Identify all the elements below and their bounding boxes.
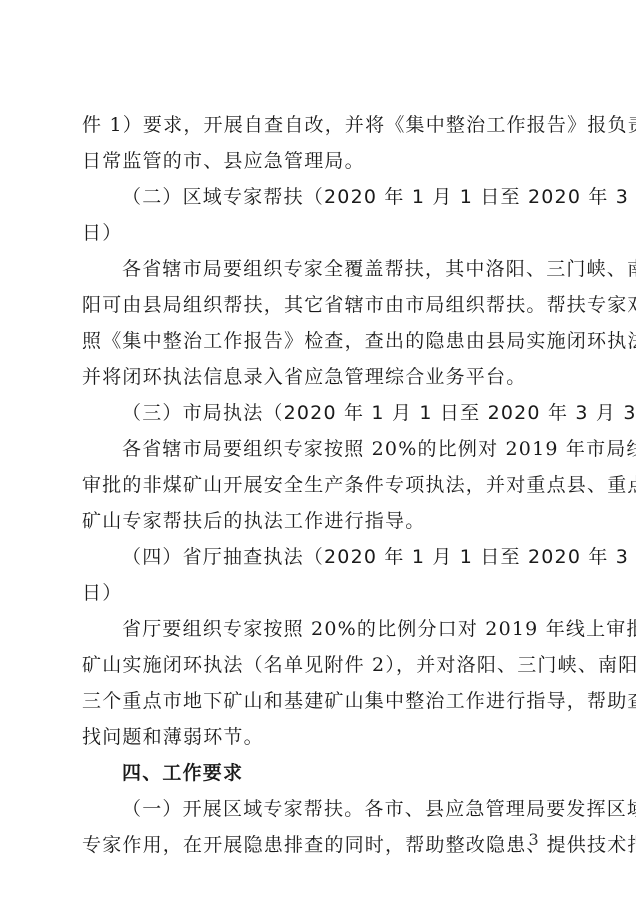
text-line: 三个重点市地下矿山和基建矿山集中整治工作进行指导，帮助查 xyxy=(82,689,558,713)
text-line: 找问题和薄弱环节。 xyxy=(82,725,558,749)
text-line: 审批的非煤矿山开展安全生产条件专项执法，并对重点县、重点 xyxy=(82,473,558,497)
chapter-heading: 四、工作要求 xyxy=(122,761,558,785)
text-line: 日常监管的市、县应急管理局。 xyxy=(82,149,558,173)
page-number: - 3 - xyxy=(512,830,558,849)
text-line: 照《集中整治工作报告》检查，查出的隐患由县局实施闭环执法， xyxy=(82,329,558,353)
text-line: 矿山实施闭环执法（名单见附件 2），并对洛阳、三门峡、南阳 xyxy=(82,653,558,677)
document-page: 件 1）要求，开展自查自改，并将《集中整治工作报告》报负责 日常监管的市、县应急… xyxy=(0,0,636,900)
text-line: 各省辖市局要组织专家按照 20%的比例对 2019 年市局线上 xyxy=(122,437,558,461)
text-line: 各省辖市局要组织专家全覆盖帮扶，其中洛阳、三门峡、南 xyxy=(122,257,558,281)
section-heading-4-cont: 日） xyxy=(82,581,558,605)
text-line: 件 1）要求，开展自查自改，并将《集中整治工作报告》报负责 xyxy=(82,113,558,137)
text-line: 并将闭环执法信息录入省应急管理综合业务平台。 xyxy=(82,365,558,389)
section-heading-2-cont: 日） xyxy=(82,221,558,245)
section-heading-4: （四）省厅抽查执法（2020 年 1 月 1 日至 2020 年 3 月 31 xyxy=(122,545,558,569)
section-heading-3: （三）市局执法（2020 年 1 月 1 日至 2020 年 3 月 31 日） xyxy=(122,401,558,425)
section-heading-1: （一）开展区域专家帮扶。各市、县应急管理局要发挥区域 xyxy=(122,797,558,821)
text-line: 省厅要组织专家按照 20%的比例分口对 2019 年线上审批非煤 xyxy=(122,617,558,641)
text-line: 矿山专家帮扶后的执法工作进行指导。 xyxy=(82,509,558,533)
text-line: 阳可由县局组织帮扶，其它省辖市由市局组织帮扶。帮扶专家对 xyxy=(82,293,558,317)
section-heading-2: （二）区域专家帮扶（2020 年 1 月 1 日至 2020 年 3 月 20 xyxy=(122,185,558,209)
text-line: 专家作用，在开展隐患排查的同时，帮助整改隐患、提供技术指 xyxy=(82,833,558,857)
